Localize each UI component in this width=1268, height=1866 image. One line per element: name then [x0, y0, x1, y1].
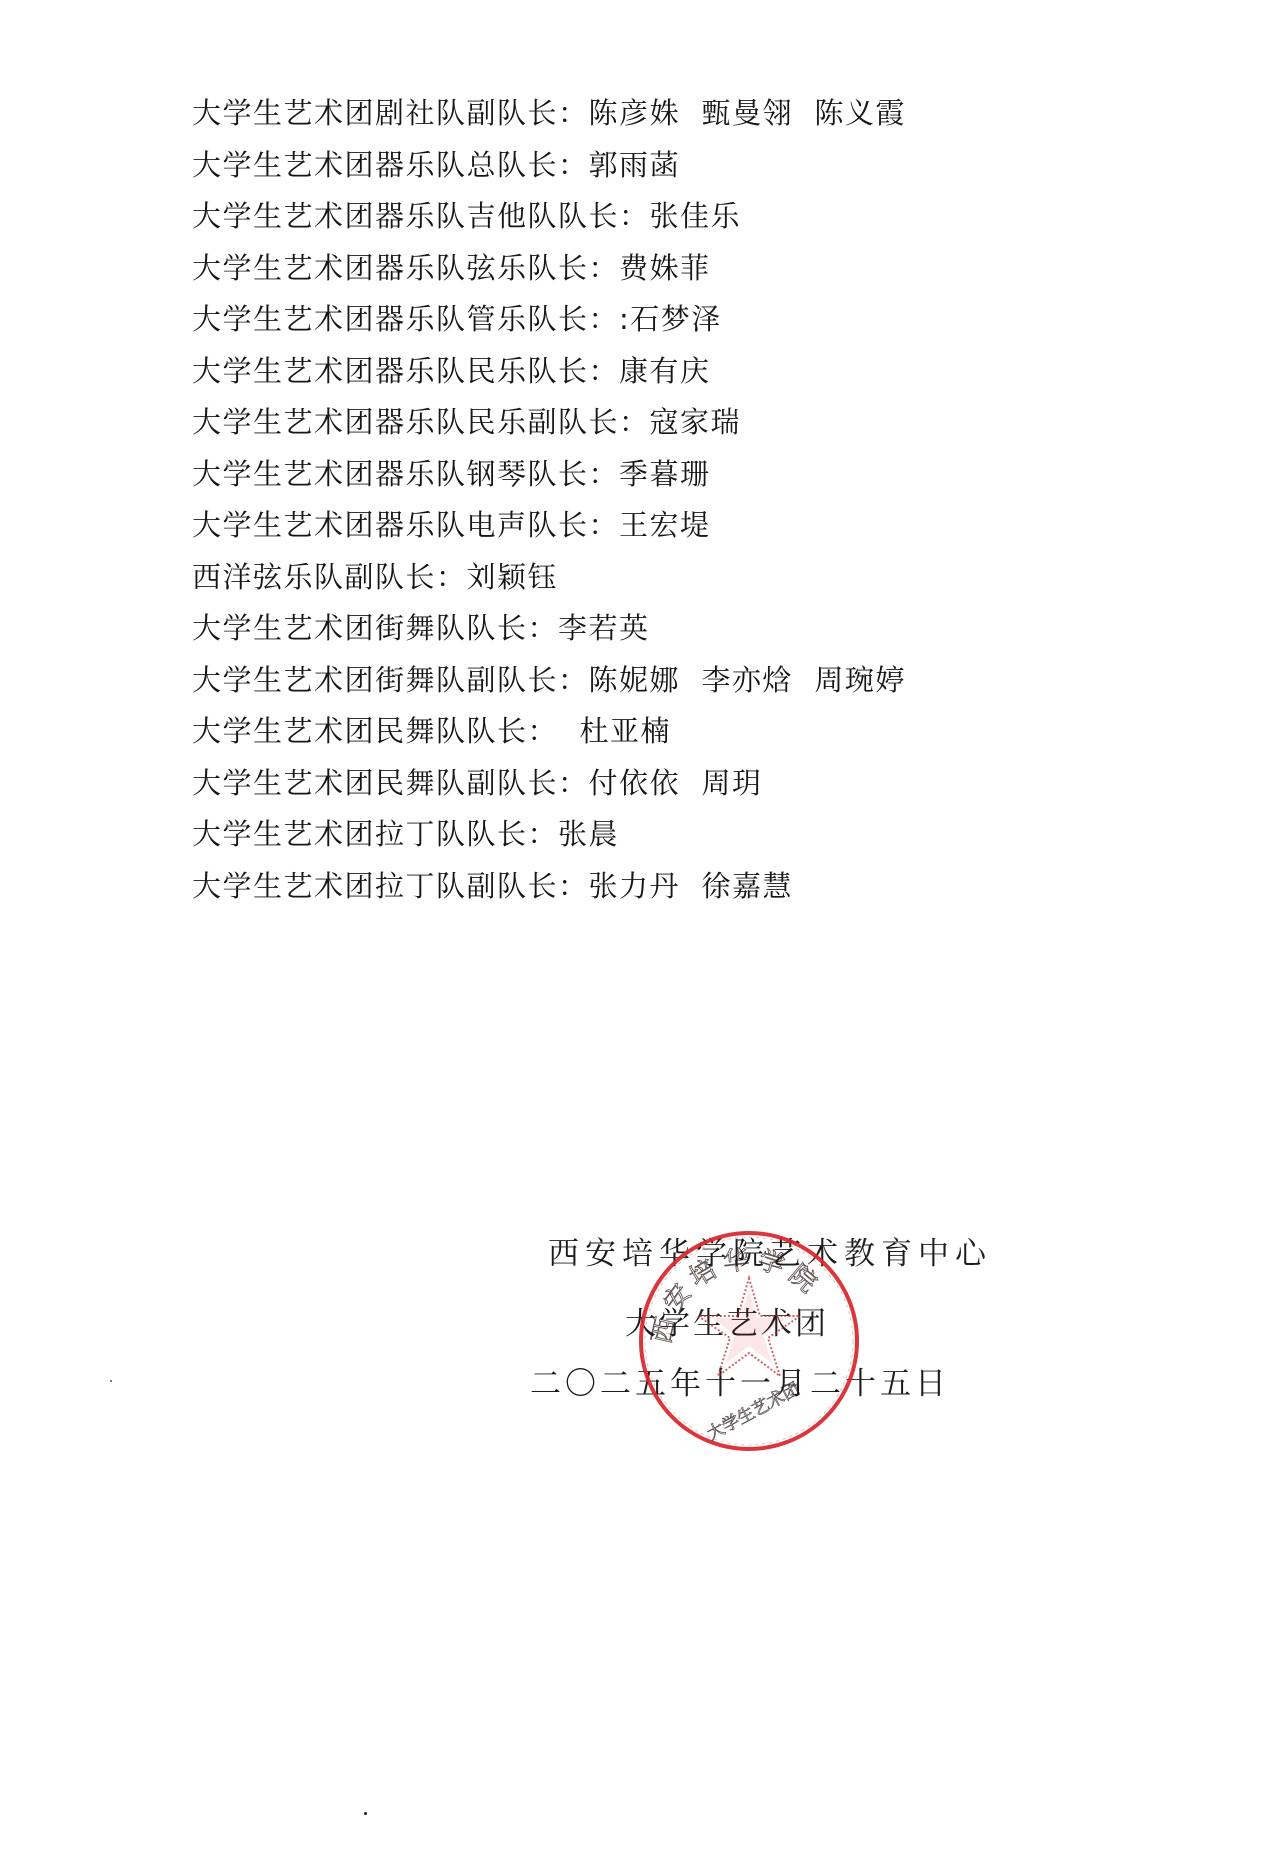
- role-label: 大学生艺术团民舞队副队长：: [192, 766, 589, 800]
- roster-line: 西洋弦乐队副队长：刘颖钰: [192, 552, 906, 604]
- roster-line: 大学生艺术团街舞队副队长：陈妮娜 李亦焓 周琬婷: [192, 655, 906, 707]
- roster-line: 大学生艺术团街舞队队长：李若英: [192, 603, 906, 655]
- roster-line: 大学生艺术团拉丁队副队长：张力丹 徐嘉慧: [192, 861, 906, 913]
- roster-line: 大学生艺术团民舞队副队长：付依依 周玥: [192, 758, 906, 810]
- role-label: 大学生艺术团拉丁队队长：: [192, 817, 558, 851]
- role-label: 大学生艺术团剧社队副队长：: [192, 96, 589, 130]
- role-label: 大学生艺术团街舞队副队长：: [192, 663, 589, 697]
- roster-line: 大学生艺术团器乐队总队长：郭雨菡: [192, 140, 906, 192]
- role-label: 大学生艺术团器乐队管乐队长：: [192, 302, 619, 336]
- member-names: 张晨: [558, 817, 619, 851]
- member-names: 刘颖钰: [467, 560, 559, 594]
- roster-line: 大学生艺术团器乐队民乐副队长：寇家瑞: [192, 397, 906, 449]
- member-names: 郭雨菡: [589, 148, 681, 182]
- roster-line: 大学生艺术团民舞队队长： 杜亚楠: [192, 706, 906, 758]
- member-names: 寇家瑞: [650, 405, 742, 439]
- member-names: 费姝菲: [619, 251, 711, 285]
- member-names: 杜亚楠: [558, 714, 671, 748]
- roster-list: 大学生艺术团剧社队副队长：陈彦姝 甄曼翎 陈义霞 大学生艺术团器乐队总队长：郭雨…: [192, 88, 906, 912]
- roster-line: 大学生艺术团器乐队电声队长：王宏堤: [192, 500, 906, 552]
- member-names: 付依依 周玥: [589, 766, 763, 800]
- member-names: 季暮珊: [619, 457, 711, 491]
- role-label: 大学生艺术团器乐队电声队长：: [192, 508, 619, 542]
- roster-line: 大学生艺术团器乐队民乐队长：康有庆: [192, 346, 906, 398]
- role-label: 西洋弦乐队副队长：: [192, 560, 467, 594]
- role-label: 大学生艺术团民舞队队长：: [192, 714, 558, 748]
- member-names: :石梦泽: [619, 302, 722, 336]
- member-names: 张力丹 徐嘉慧: [589, 869, 793, 903]
- roster-line: 大学生艺术团剧社队副队长：陈彦姝 甄曼翎 陈义霞: [192, 88, 906, 140]
- official-seal-icon: 西安培华学院 大学生艺术团: [636, 1228, 862, 1454]
- role-label: 大学生艺术团街舞队队长：: [192, 611, 558, 645]
- scan-speck: [364, 1812, 367, 1815]
- role-label: 大学生艺术团拉丁队副队长：: [192, 869, 589, 903]
- member-names: 康有庆: [619, 354, 711, 388]
- roster-line: 大学生艺术团拉丁队队长：张晨: [192, 809, 906, 861]
- role-label: 大学生艺术团器乐队民乐队长：: [192, 354, 619, 388]
- member-names: 陈彦姝 甄曼翎 陈义霞: [589, 96, 906, 130]
- document-page: 大学生艺术团剧社队副队长：陈彦姝 甄曼翎 陈义霞 大学生艺术团器乐队总队长：郭雨…: [0, 0, 1268, 1866]
- role-label: 大学生艺术团器乐队吉他队队长：: [192, 199, 650, 233]
- role-label: 大学生艺术团器乐队民乐副队长：: [192, 405, 650, 439]
- roster-line: 大学生艺术团器乐队钢琴队长：季暮珊: [192, 449, 906, 501]
- member-names: 张佳乐: [650, 199, 742, 233]
- scan-speck: [110, 1380, 112, 1382]
- role-label: 大学生艺术团器乐队弦乐队长：: [192, 251, 619, 285]
- roster-line: 大学生艺术团器乐队管乐队长：:石梦泽: [192, 294, 906, 346]
- roster-line: 大学生艺术团器乐队弦乐队长：费姝菲: [192, 243, 906, 295]
- role-label: 大学生艺术团器乐队总队长：: [192, 148, 589, 182]
- member-names: 陈妮娜 李亦焓 周琬婷: [589, 663, 906, 697]
- member-names: 李若英: [558, 611, 650, 645]
- member-names: 王宏堤: [619, 508, 711, 542]
- role-label: 大学生艺术团器乐队钢琴队长：: [192, 457, 619, 491]
- roster-line: 大学生艺术团器乐队吉他队队长：张佳乐: [192, 191, 906, 243]
- svg-text:大学生艺术团: 大学生艺术团: [704, 1379, 803, 1445]
